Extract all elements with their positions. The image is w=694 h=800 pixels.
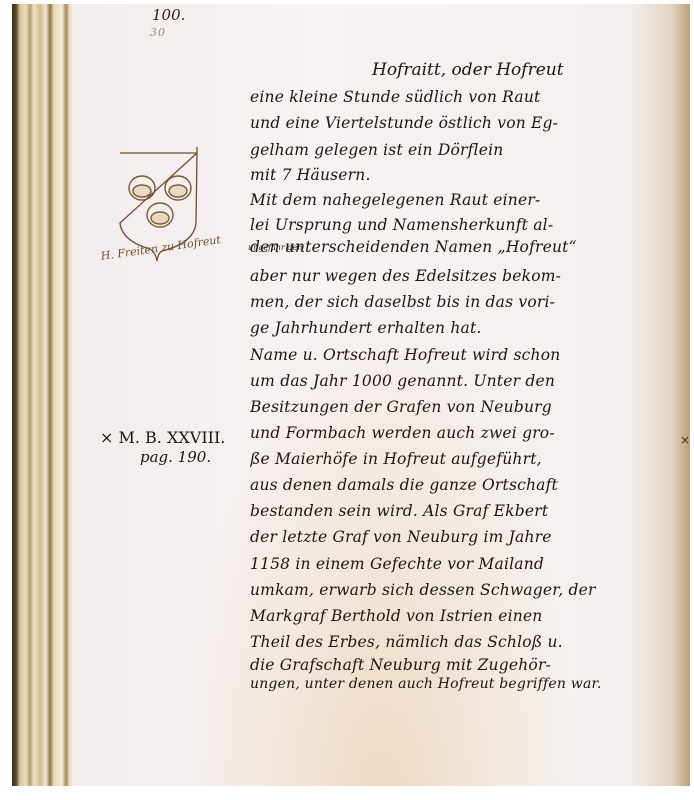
text-line: gelham gelegen ist ein Dörflein bbox=[250, 141, 680, 159]
text-line: Mit dem nahegelegenen Raut einer- bbox=[250, 191, 680, 209]
margin-reference: × M. B. XXVIII. bbox=[100, 428, 225, 447]
text-line: ungen, unter denen auch Hofreut begriffe… bbox=[250, 676, 680, 692]
page-number: 100. bbox=[152, 6, 185, 24]
text-line: Name u. Ortschaft Hofreut wird schon bbox=[250, 346, 680, 364]
text-line: ße Maierhöfe in Hofreut aufgeführt, bbox=[250, 450, 680, 468]
text-line: umkam, erwarb sich dessen Schwager, der bbox=[250, 581, 680, 599]
insert-mark: × bbox=[680, 433, 690, 447]
text-line: bestanden sein wird. Als Graf Ekbert bbox=[250, 502, 680, 520]
page-number-faint: 30 bbox=[150, 26, 166, 39]
text-line: lei Ursprung und Namensherkunft al- bbox=[250, 216, 680, 234]
text-line: 1158 in einem Gefechte vor Mailand bbox=[250, 555, 680, 573]
text-line: und Formbach werden auch zwei gro- bbox=[250, 424, 680, 442]
margin-reference-page: pag. 190. bbox=[140, 448, 211, 466]
text-line: aus denen damals die ganze Ortschaft bbox=[250, 476, 680, 494]
text-line: Besitzungen der Grafen von Neuburg bbox=[250, 398, 680, 416]
text-line: Theil des Erbes, nämlich das Schloß u. bbox=[250, 633, 680, 651]
text-line: ge Jahrhundert erhalten hat. bbox=[250, 319, 680, 337]
text-line: mit 7 Häusern. bbox=[250, 166, 680, 184]
text-line: eine kleine Stunde südlich von Raut bbox=[250, 88, 680, 106]
entry-heading: Hofraitt, oder Hofreut bbox=[372, 60, 564, 80]
text-line: um das Jahr 1000 genannt. Unter den bbox=[250, 372, 680, 390]
text-line: Markgraf Berthold von Istrien einen bbox=[250, 607, 680, 625]
text-line: der letzte Graf von Neuburg im Jahre bbox=[250, 528, 680, 546]
text-line: den unterscheidenden Namen „Hofreut“ bbox=[250, 238, 680, 256]
text-line: die Grafschaft Neuburg mit Zugehör- bbox=[250, 656, 680, 674]
text-line: aber nur wegen des Edelsitzes bekom- bbox=[250, 267, 680, 285]
text-line: und eine Viertelstunde östlich von Eg- bbox=[250, 114, 680, 132]
text-line: men, der sich daselbst bis in das vori- bbox=[250, 293, 680, 311]
